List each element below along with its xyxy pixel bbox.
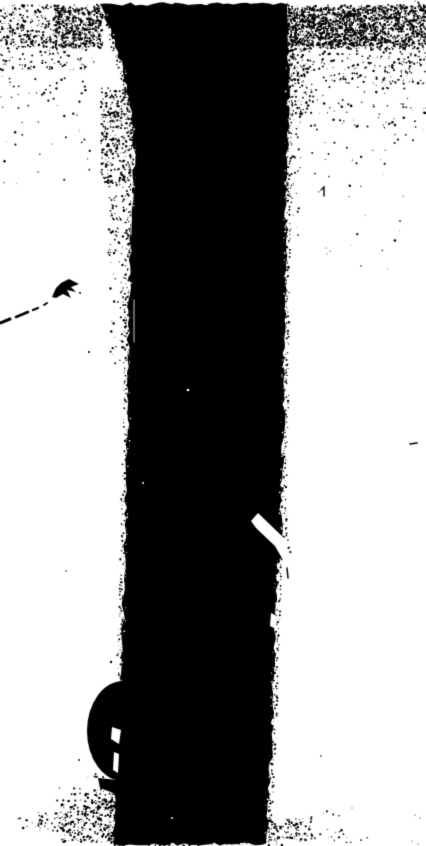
scanned-photograph <box>0 0 426 846</box>
photo-canvas <box>0 0 426 846</box>
